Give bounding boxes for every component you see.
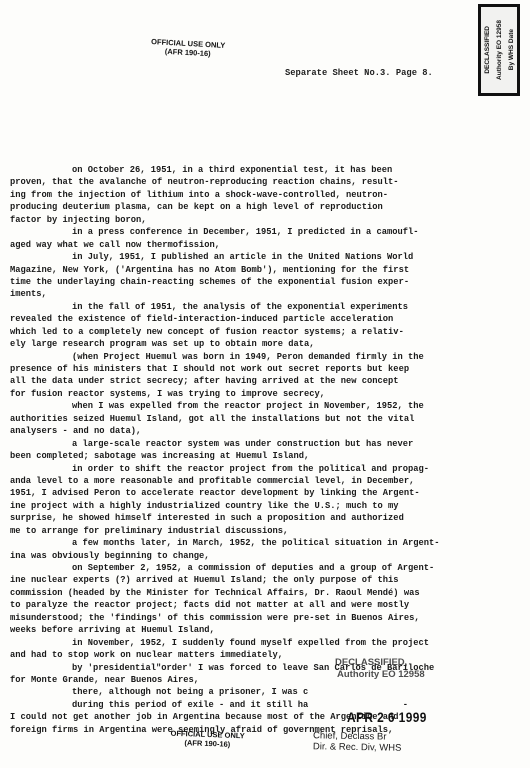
body-line: for fusion reactor systems, I was trying… [10, 388, 525, 400]
body-line: during this period of exile - and it sti… [10, 699, 525, 711]
body-line: me to arrange for preliminary industrial… [10, 525, 525, 537]
declass-authority-signature: Chief, Declass Br Dir. & Rec. Div, WHS [313, 730, 402, 754]
body-line: (when Project Huemul was born in 1949, P… [10, 351, 525, 363]
body-line: ine project with a highly industrialized… [10, 500, 525, 512]
body-line: weeks before arriving at Huemul Island, [10, 624, 525, 636]
body-line: producing deuterium plasma, can be kept … [10, 201, 525, 213]
body-line: in order to shift the reactor project fr… [10, 463, 525, 475]
body-line: on September 2, 1952, a commission of de… [10, 562, 525, 574]
body-line: which led to a completely new concept of… [10, 326, 525, 338]
body-line: ine nuclear experts (?) arrived at Huemu… [10, 574, 525, 586]
body-line: aged way what we call now thermofission, [10, 239, 525, 251]
date-stamp: APR 2 6 1999 [347, 709, 427, 725]
declassified-label: DECLASSIFIED, [335, 657, 425, 669]
sheet-reference: Separate Sheet No.3. Page 8. [285, 68, 433, 78]
body-line: foreign firms in Argentina were seemingl… [10, 724, 525, 736]
body-line: a few months later, in March, 1952, the … [10, 537, 525, 549]
body-line: misunderstood; the 'findings' of this co… [10, 612, 525, 624]
body-line: in November, 1952, I suddenly found myse… [10, 637, 525, 649]
body-line: commission (headed by the Minister for T… [10, 587, 525, 599]
body-line: proven, that the avalanche of neutron-re… [10, 176, 525, 188]
body-line: there, although not being a prisoner, I … [10, 686, 525, 698]
body-line: I could not get another job in Argentina… [10, 711, 525, 723]
document-body: on October 26, 1951, in a third exponent… [10, 164, 525, 736]
declass-box-line: Authority EO 12958 [496, 20, 503, 80]
body-line: on October 26, 1951, in a third exponent… [10, 164, 525, 176]
document-page: OFFICIAL USE ONLY (AFR 190-16) Separate … [0, 0, 530, 768]
body-line: ina was obviously beginning to change, [10, 550, 525, 562]
body-line: iments, [10, 288, 525, 300]
body-line: a large-scale reactor system was under c… [10, 438, 525, 450]
declassified-overlay-stamp: DECLASSIFIED, Authority EO 12958 [335, 657, 425, 681]
classification-stamp-bottom: OFFICIAL USE ONLY (AFR 190-16) [150, 728, 266, 750]
authority-label: Authority EO 12958 [337, 669, 425, 681]
body-line: when I was expelled from the reactor pro… [10, 400, 525, 412]
body-line: 1951, I advised Peron to accelerate reac… [10, 487, 525, 499]
body-line: ely large research program was set up to… [10, 338, 525, 350]
body-line: surprise, he showed himself interested i… [10, 512, 525, 524]
body-line: ing from the injection of lithium into a… [10, 189, 525, 201]
body-line: and had to stop work on nuclear matters … [10, 649, 525, 661]
body-line: in a press conference in December, 1951,… [10, 226, 525, 238]
body-line: all the data under strict secrecy; after… [10, 375, 525, 387]
body-line: by 'presidential"order' I was forced to … [10, 662, 525, 674]
body-line: anda level to a more reasonable and prof… [10, 475, 525, 487]
body-line: revealed the existence of field-interact… [10, 313, 525, 325]
declass-box-line: DECLASSIFIED [484, 26, 491, 74]
body-line: analysers - and no data), [10, 425, 525, 437]
body-line: in the fall of 1951, the analysis of the… [10, 301, 525, 313]
body-line: in July, 1951, I published an article in… [10, 251, 525, 263]
body-line: been completed; sabotage was increasing … [10, 450, 525, 462]
body-line: for Monte Grande, near Buenos Aires, [10, 674, 525, 686]
body-line: factor by injecting boron, [10, 214, 525, 226]
body-line: presence of his ministers that I should … [10, 363, 525, 375]
signature-division: Dir. & Rec. Div, WHS [313, 741, 402, 754]
classification-stamp-top: OFFICIAL USE ONLY (AFR 190-16) [128, 36, 249, 60]
body-line: authorities seized Huemul Island, got al… [10, 413, 525, 425]
body-line: to paralyze the reactor project; facts d… [10, 599, 525, 611]
body-line: Magazine, New York, ('Argentina has no A… [10, 264, 525, 276]
declassification-box-stamp: DECLASSIFIED Authority EO 12958 By WHS D… [478, 4, 520, 96]
declass-box-line: By WHS Date [508, 29, 515, 70]
body-line: time the underlaying chain-reacting sche… [10, 276, 525, 288]
